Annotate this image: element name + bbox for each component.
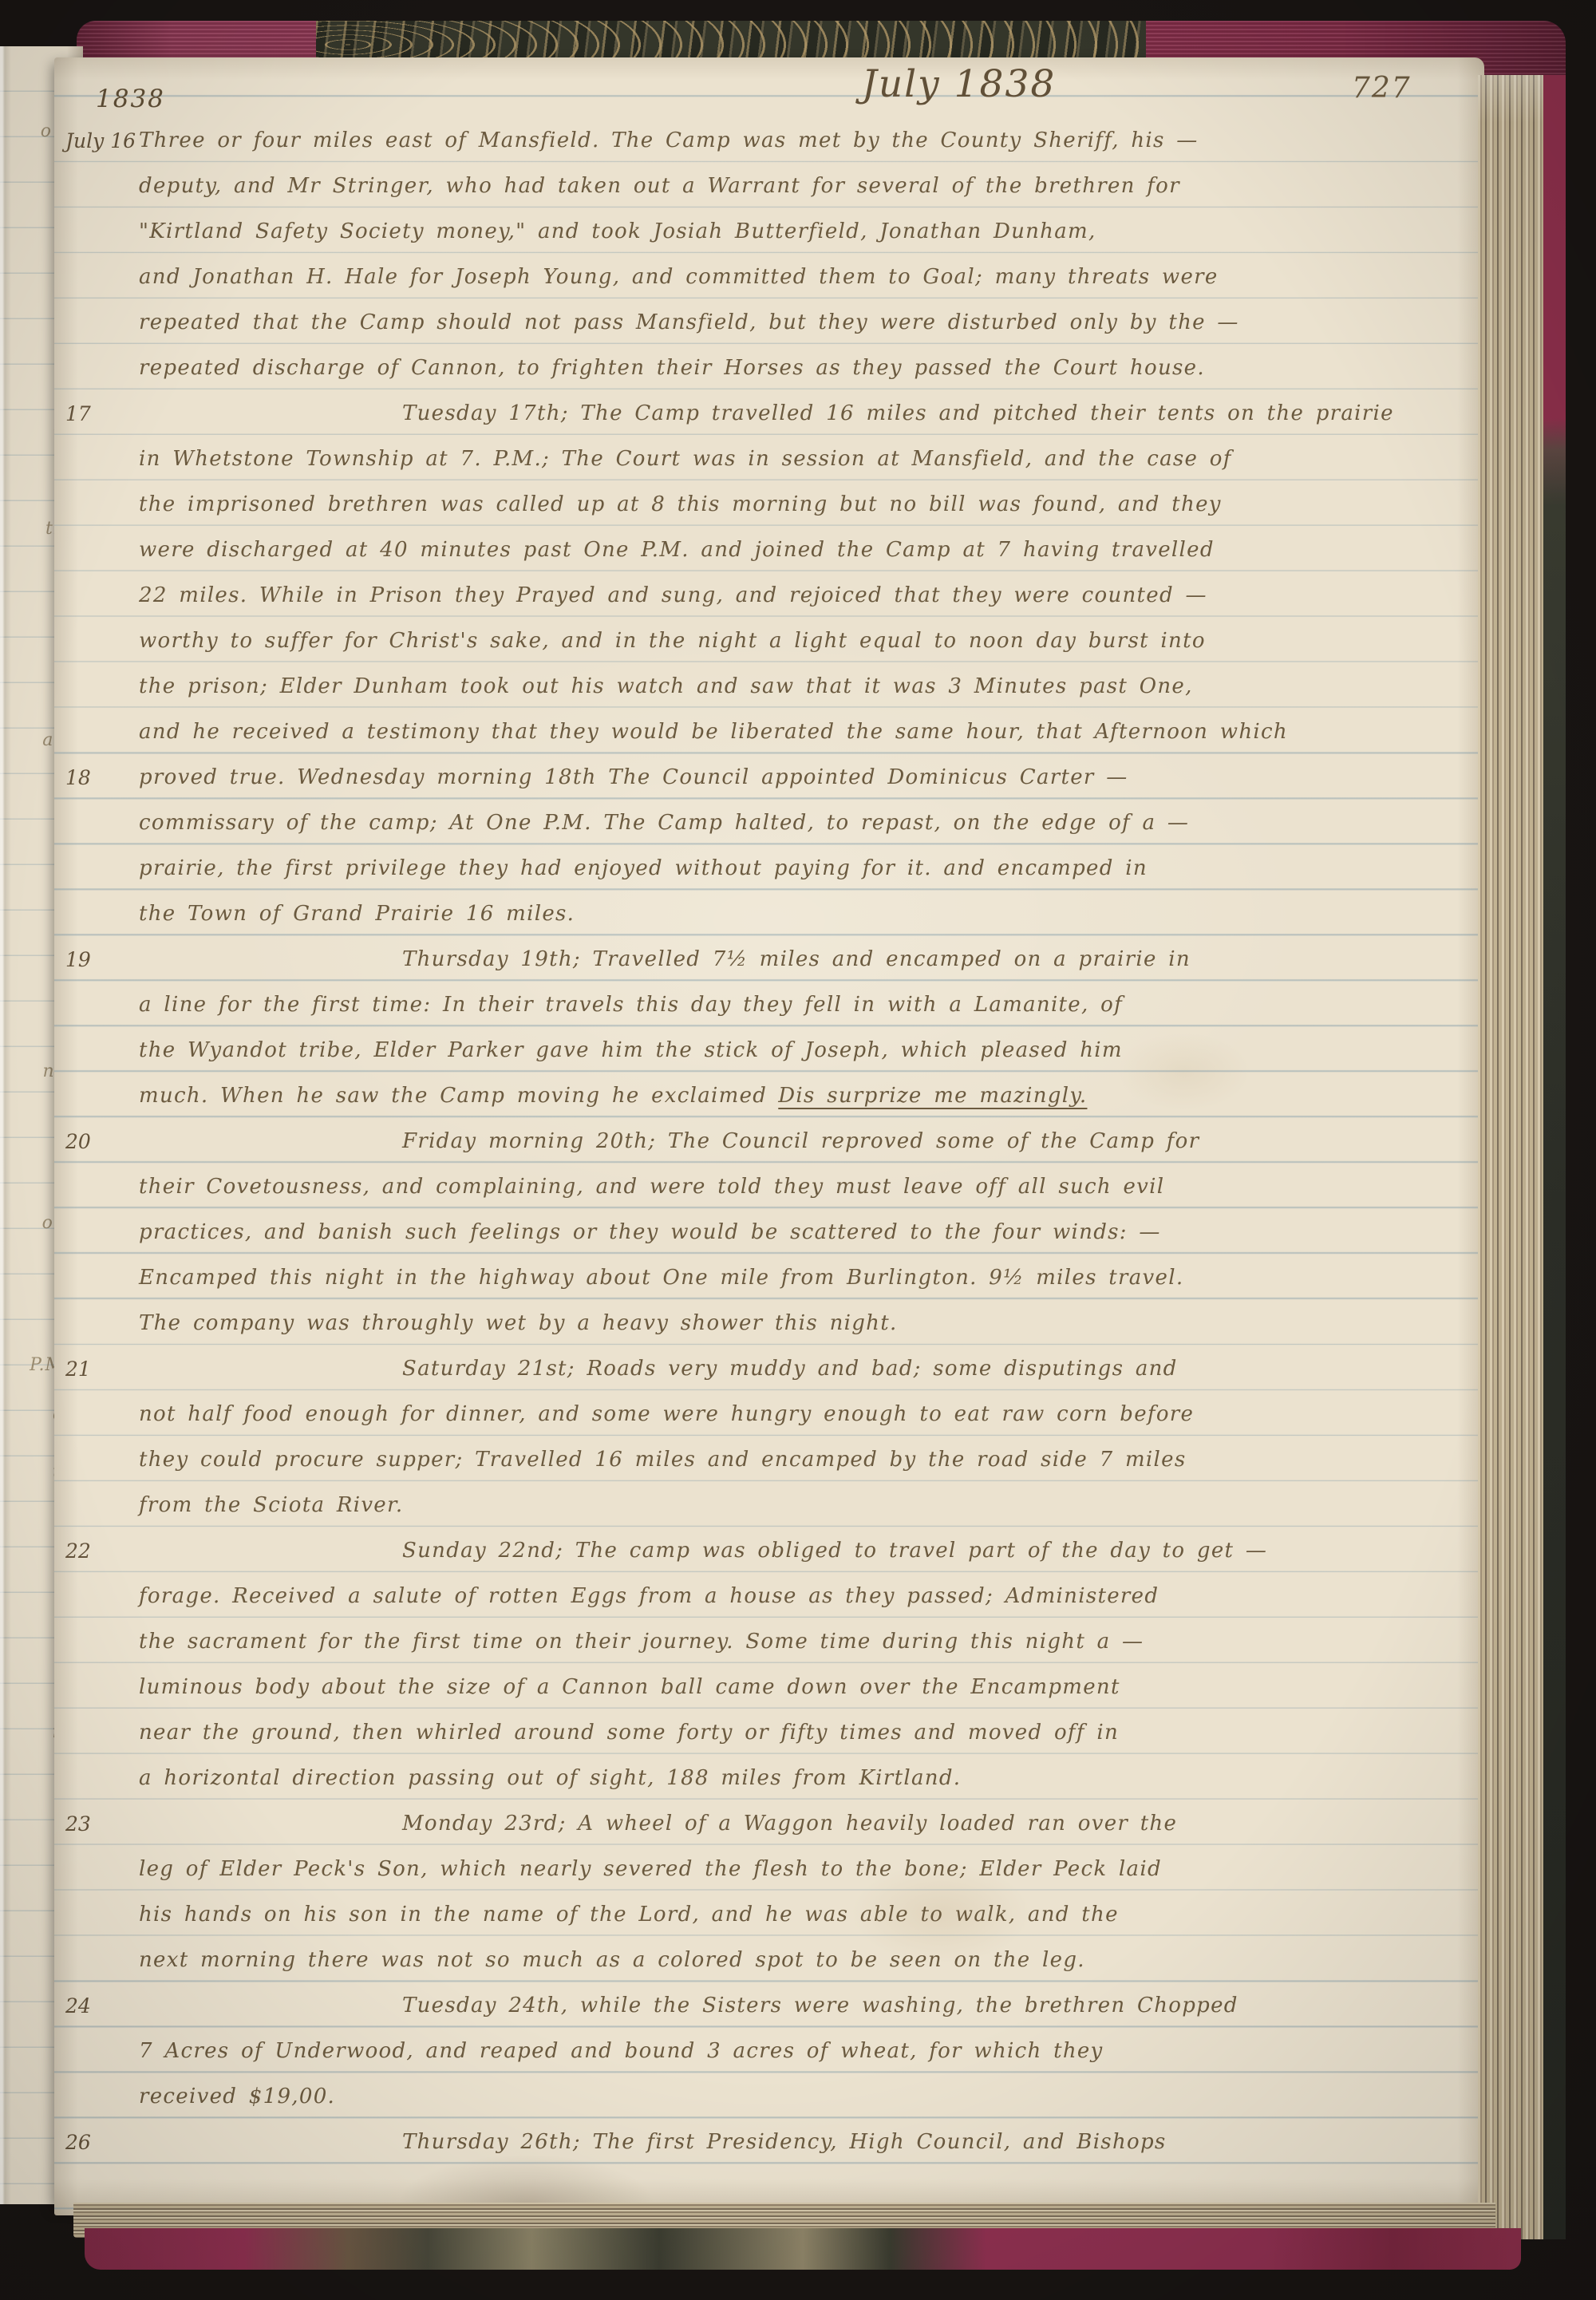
journal-line: worthy to suffer for Christ's sake, and … bbox=[54, 618, 1484, 664]
line-text: leg of Elder Peck's Son, which nearly se… bbox=[139, 1857, 1162, 1881]
line-text: Thursday 19th; Travelled 7½ miles and en… bbox=[402, 947, 1191, 971]
line-text: prairie, the first privilege they had en… bbox=[139, 856, 1148, 880]
journal-line: 17Tuesday 17th; The Camp travelled 16 mi… bbox=[54, 391, 1484, 437]
margin-date-label: 23 bbox=[65, 1801, 91, 1847]
journal-line: 7 Acres of Underwood, and reaped and bou… bbox=[54, 2029, 1484, 2074]
journal-line: 23Monday 23rd; A wheel of a Waggon heavi… bbox=[54, 1801, 1484, 1847]
line-text: from the Sciota River. bbox=[139, 1493, 403, 1517]
journal-line: prairie, the first privilege they had en… bbox=[54, 846, 1484, 891]
month-header: July 1838 bbox=[862, 62, 1056, 106]
journal-line: next morning there was not so much as a … bbox=[54, 1938, 1484, 1983]
line-text: the Town of Grand Prairie 16 miles. bbox=[139, 902, 575, 926]
journal-line: July 16Three or four miles east of Mansf… bbox=[54, 118, 1484, 164]
page-number: 727 bbox=[1352, 72, 1412, 105]
line-text: next morning there was not so much as a … bbox=[139, 1948, 1085, 1972]
margin-date-label: 20 bbox=[65, 1119, 91, 1164]
journal-line: the Wyandot tribe, Elder Parker gave him… bbox=[54, 1028, 1484, 1073]
line-text: Friday morning 20th; The Council reprove… bbox=[402, 1129, 1199, 1153]
journal-line: received $19,00. bbox=[54, 2074, 1484, 2120]
line-text: Sunday 22nd; The camp was obliged to tra… bbox=[402, 1539, 1267, 1563]
line-text: and Jonathan H. Hale for Joseph Young, a… bbox=[139, 265, 1219, 289]
margin-date-label: 18 bbox=[65, 755, 91, 800]
line-text: their Covetousness, and complaining, and… bbox=[139, 1175, 1164, 1199]
line-text: much. When he saw the Camp moving he exc… bbox=[139, 1084, 767, 1108]
scanned-journal-photo: o —euheirthe—anye—nceolaoneP.M.,el,upile… bbox=[0, 0, 1596, 2300]
line-text: a line for the first time: In their trav… bbox=[139, 993, 1123, 1017]
line-text: Saturday 21st; Roads very muddy and bad;… bbox=[402, 1357, 1178, 1381]
line-text: and he received a testimony that they wo… bbox=[139, 720, 1288, 744]
journal-line: 21Saturday 21st; Roads very muddy and ba… bbox=[54, 1346, 1484, 1392]
line-text: Three or four miles east of Mansfield. T… bbox=[139, 128, 1199, 152]
journal-line: repeated discharge of Cannon, to frighte… bbox=[54, 346, 1484, 391]
journal-line: commissary of the camp; At One P.M. The … bbox=[54, 800, 1484, 846]
journal-line: from the Sciota River. bbox=[54, 1483, 1484, 1528]
margin-date-label: July 16 bbox=[65, 118, 136, 164]
journal-line: 19Thursday 19th; Travelled 7½ miles and … bbox=[54, 937, 1484, 982]
book-cover-right-edge bbox=[1543, 75, 1566, 2239]
line-text: the Wyandot tribe, Elder Parker gave him… bbox=[139, 1038, 1123, 1062]
journal-line: a horizontal direction passing out of si… bbox=[54, 1756, 1484, 1801]
line-text: Tuesday 17th; The Camp travelled 16 mile… bbox=[402, 401, 1394, 425]
line-text: Encamped this night in the highway about… bbox=[139, 1266, 1183, 1290]
journal-entries: July 16Three or four miles east of Mansf… bbox=[54, 118, 1484, 2165]
line-text: proved true. Wednesday morning 18th The … bbox=[139, 765, 1128, 789]
journal-line: the Town of Grand Prairie 16 miles. bbox=[54, 891, 1484, 937]
line-text: Monday 23rd; A wheel of a Waggon heavily… bbox=[402, 1812, 1177, 1836]
journal-line: not half food enough for dinner, and som… bbox=[54, 1392, 1484, 1437]
line-text: his hands on his son in the name of the … bbox=[139, 1903, 1119, 1927]
margin-date-label: 19 bbox=[65, 937, 91, 982]
journal-line: 22 miles. While in Prison they Prayed an… bbox=[54, 573, 1484, 618]
line-text: deputy, and Mr Stringer, who had taken o… bbox=[139, 174, 1180, 198]
line-text: a horizontal direction passing out of si… bbox=[139, 1766, 961, 1790]
journal-line: they could procure supper; Travelled 16 … bbox=[54, 1437, 1484, 1483]
journal-line: and Jonathan H. Hale for Joseph Young, a… bbox=[54, 255, 1484, 300]
line-text-underlined: Dis surprize me mazingly. bbox=[778, 1084, 1087, 1108]
journal-line: and he received a testimony that they wo… bbox=[54, 709, 1484, 755]
line-text: Thursday 26th; The first Presidency, Hig… bbox=[402, 2130, 1167, 2154]
line-text: The company was throughly wet by a heavy… bbox=[139, 1311, 898, 1335]
journal-line: the imprisoned brethren was called up at… bbox=[54, 482, 1484, 528]
journal-line: 24Tuesday 24th, while the Sisters were w… bbox=[54, 1983, 1484, 2029]
journal-line: the sacrament for the first time on thei… bbox=[54, 1619, 1484, 1665]
journal-page: 1838 July 1838 727 July 16Three or four … bbox=[54, 57, 1484, 2215]
journal-line: their Covetousness, and complaining, and… bbox=[54, 1164, 1484, 1210]
book-cover-bottom-edge bbox=[85, 2228, 1521, 2270]
journal-line: 18proved true. Wednesday morning 18th Th… bbox=[54, 755, 1484, 800]
journal-line: a line for the first time: In their trav… bbox=[54, 982, 1484, 1028]
journal-line: his hands on his son in the name of the … bbox=[54, 1892, 1484, 1938]
journal-line: "Kirtland Safety Society money," and too… bbox=[54, 209, 1484, 255]
margin-date-label: 22 bbox=[65, 1528, 91, 1574]
line-text: not half food enough for dinner, and som… bbox=[139, 1402, 1194, 1426]
journal-line: forage. Received a salute of rotten Eggs… bbox=[54, 1574, 1484, 1619]
line-text: repeated that the Camp should not pass M… bbox=[139, 310, 1239, 334]
year-label: 1838 bbox=[96, 85, 165, 113]
journal-line: 20Friday morning 20th; The Council repro… bbox=[54, 1119, 1484, 1164]
line-text: the prison; Elder Dunham took out his wa… bbox=[139, 674, 1193, 698]
journal-line: 22Sunday 22nd; The camp was obliged to t… bbox=[54, 1528, 1484, 1574]
journal-line: 26Thursday 26th; The first Presidency, H… bbox=[54, 2120, 1484, 2165]
journal-line: The company was throughly wet by a heavy… bbox=[54, 1301, 1484, 1346]
journal-line: leg of Elder Peck's Son, which nearly se… bbox=[54, 1847, 1484, 1892]
line-text: Tuesday 24th, while the Sisters were was… bbox=[402, 1994, 1238, 2017]
line-text: in Whetstone Township at 7. P.M.; The Co… bbox=[139, 447, 1232, 471]
journal-line: Encamped this night in the highway about… bbox=[54, 1255, 1484, 1301]
line-text: worthy to suffer for Christ's sake, and … bbox=[139, 629, 1206, 653]
journal-line: much. When he saw the Camp moving he exc… bbox=[54, 1073, 1484, 1119]
line-text: received $19,00. bbox=[139, 2085, 335, 2108]
journal-line: were discharged at 40 minutes past One P… bbox=[54, 528, 1484, 573]
journal-line: deputy, and Mr Stringer, who had taken o… bbox=[54, 164, 1484, 209]
journal-line: the prison; Elder Dunham took out his wa… bbox=[54, 664, 1484, 709]
margin-date-label: 26 bbox=[65, 2120, 91, 2165]
page-stack-fore-edge bbox=[1478, 75, 1547, 2239]
journal-line: in Whetstone Township at 7. P.M.; The Co… bbox=[54, 437, 1484, 482]
journal-line: practices, and banish such feelings or t… bbox=[54, 1210, 1484, 1255]
margin-date-label: 17 bbox=[65, 391, 91, 437]
line-text: the sacrament for the first time on thei… bbox=[139, 1630, 1144, 1654]
line-text: commissary of the camp; At One P.M. The … bbox=[139, 811, 1189, 835]
line-text: 22 miles. While in Prison they Prayed an… bbox=[139, 583, 1207, 607]
line-text: luminous body about the size of a Cannon… bbox=[139, 1675, 1120, 1699]
margin-date-label: 24 bbox=[65, 1983, 91, 2029]
line-text: forage. Received a salute of rotten Eggs… bbox=[139, 1584, 1159, 1608]
line-text: 7 Acres of Underwood, and reaped and bou… bbox=[139, 2039, 1104, 2063]
journal-line: luminous body about the size of a Cannon… bbox=[54, 1665, 1484, 1710]
line-text: were discharged at 40 minutes past One P… bbox=[139, 538, 1215, 562]
line-text: near the ground, then whirled around som… bbox=[139, 1721, 1119, 1745]
journal-line: repeated that the Camp should not pass M… bbox=[54, 300, 1484, 346]
line-text: practices, and banish such feelings or t… bbox=[139, 1220, 1161, 1244]
margin-date-label: 21 bbox=[65, 1346, 91, 1392]
line-text: "Kirtland Safety Society money," and too… bbox=[139, 219, 1096, 243]
journal-line: near the ground, then whirled around som… bbox=[54, 1710, 1484, 1756]
line-text: the imprisoned brethren was called up at… bbox=[139, 492, 1222, 516]
line-text: they could procure supper; Travelled 16 … bbox=[139, 1448, 1187, 1472]
line-text: repeated discharge of Cannon, to frighte… bbox=[139, 356, 1205, 380]
